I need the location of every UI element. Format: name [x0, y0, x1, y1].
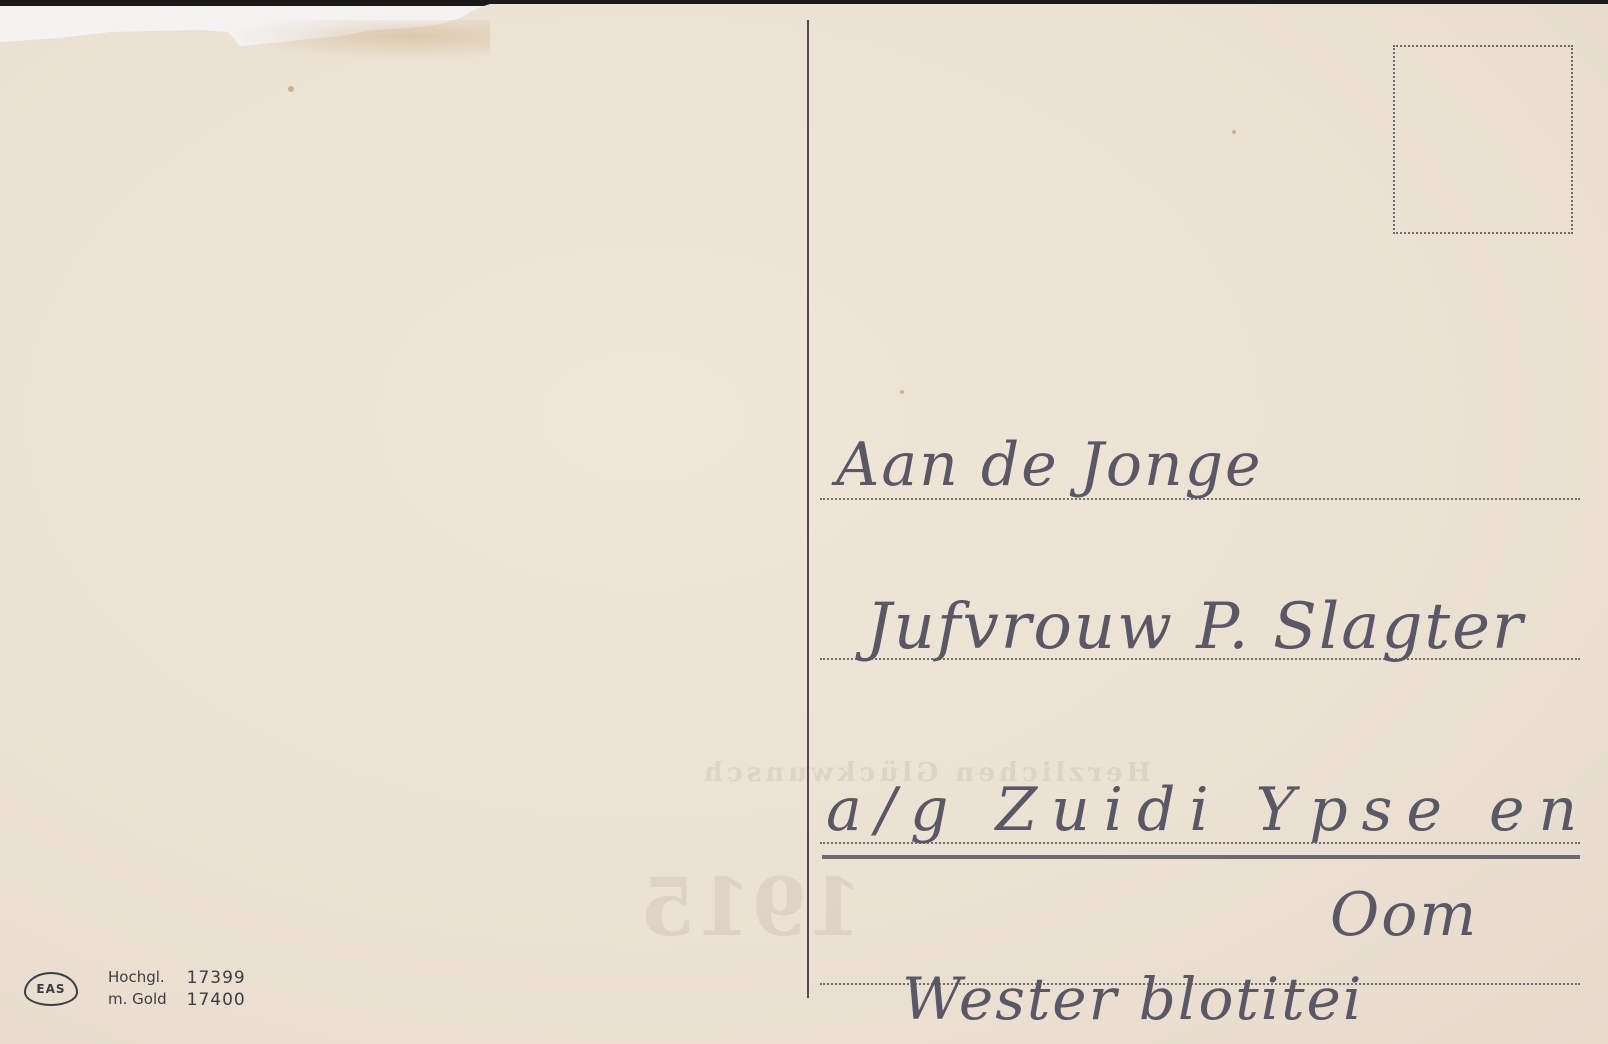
publisher-label: Hochgl. [108, 968, 167, 988]
paper-speck [288, 86, 294, 92]
paper-speck [1232, 130, 1236, 134]
publisher-label: m. Gold [108, 990, 167, 1010]
paper-speck [900, 390, 904, 394]
eas-heart-logo-icon: EAS [24, 972, 78, 1006]
publisher-imprint: EAS Hochgl. 17399 m. Gold 17400 [24, 968, 246, 1010]
message-address-divider [807, 20, 809, 998]
address-recipient-prefix: Aan de Jonge [836, 430, 1263, 500]
address-underline [822, 855, 1580, 859]
stamp-box [1393, 45, 1573, 234]
publisher-codes: Hochgl. 17399 m. Gold 17400 [108, 968, 246, 1010]
torn-edge-stain [230, 20, 490, 60]
address-place: Wester blotitei [902, 965, 1363, 1033]
address-care-of: a/g Zuidi Ypse en [826, 775, 1591, 845]
address-recipient-name: Jufvrouw P. Slagter [866, 590, 1525, 664]
publisher-number: 17400 [187, 990, 246, 1010]
publisher-number: 17399 [187, 968, 246, 988]
embossed-number: 1915 [640, 860, 863, 954]
address-relation: Oom [1330, 880, 1478, 950]
